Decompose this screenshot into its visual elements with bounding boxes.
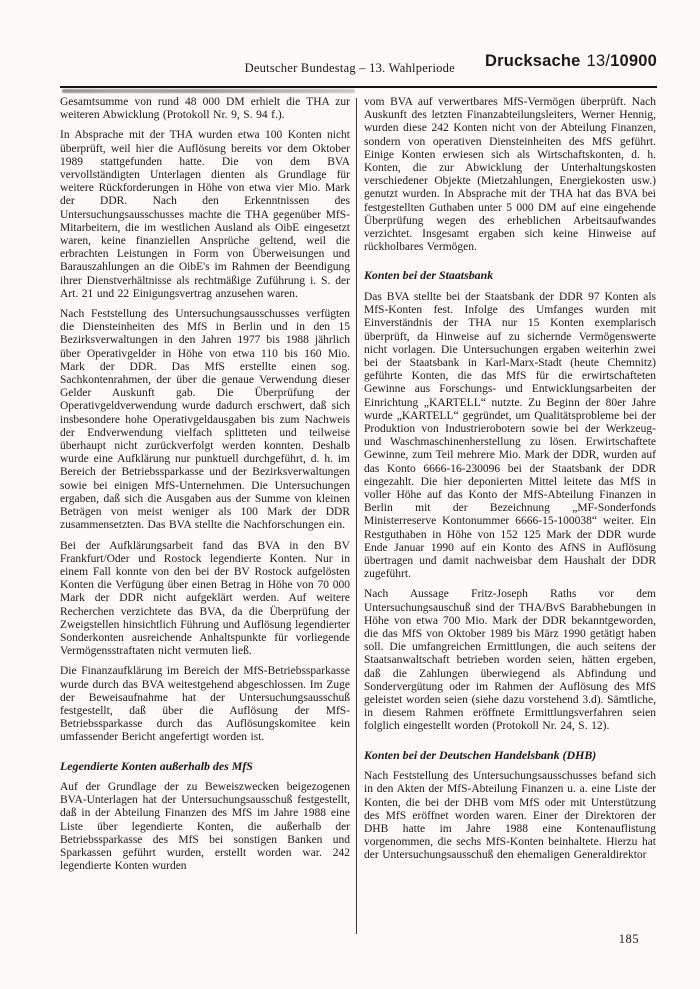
- doc-number-prefix: 13/: [587, 52, 611, 70]
- header-journal-title: Deutscher Bundestag – 13. Wahlperiode: [245, 61, 455, 76]
- two-column-body: Gesamtsumme von rund 48 000 DM erhielt d…: [60, 96, 657, 934]
- paragraph: Das BVA stellte bei der Staatsbank der D…: [364, 291, 656, 581]
- header-doc-number: Drucksache13/10900: [485, 52, 657, 71]
- paragraph: Gesamtsumme von rund 48 000 DM erhielt d…: [60, 96, 350, 122]
- doc-label: Drucksache: [485, 52, 581, 70]
- paragraph: Die Finanzaufklärung im Bereich der MfS-…: [60, 665, 350, 744]
- paragraph: In Absprache mit der THA wurden etwa 100…: [60, 129, 350, 301]
- scan-artifact-smudge: [62, 89, 355, 93]
- page-number: 185: [619, 932, 639, 947]
- paragraph: Bei der Aufklärungsarbeit fand das BVA i…: [60, 540, 350, 659]
- section-heading: Konten bei der Deutschen Handelsbank (DH…: [364, 749, 656, 763]
- paragraph: Nach Feststellung des Untersuchungsaussc…: [364, 770, 656, 862]
- paragraph: Nach Feststellung des Untersuchungsaussc…: [60, 308, 350, 532]
- document-page: Deutscher Bundestag – 13. Wahlperiode Dr…: [0, 0, 700, 989]
- paragraph: vom BVA auf verwertbares MfS-Vermögen üb…: [364, 96, 656, 254]
- section-heading: Konten bei der Staatsbank: [364, 269, 656, 283]
- paragraph: Auf der Grundlage der zu Beweiszwecken b…: [60, 781, 350, 873]
- right-column: vom BVA auf verwertbares MfS-Vermögen üb…: [364, 96, 656, 870]
- left-column: Gesamtsumme von rund 48 000 DM erhielt d…: [60, 96, 350, 880]
- paragraph: Nach Aussage Fritz-Joseph Raths vor dem …: [364, 588, 656, 733]
- header-rule: [60, 86, 657, 88]
- section-heading: Legendierte Konten außerhalb des MfS: [60, 760, 350, 774]
- doc-number-value: 10900: [610, 52, 657, 70]
- column-divider-line: [356, 98, 357, 934]
